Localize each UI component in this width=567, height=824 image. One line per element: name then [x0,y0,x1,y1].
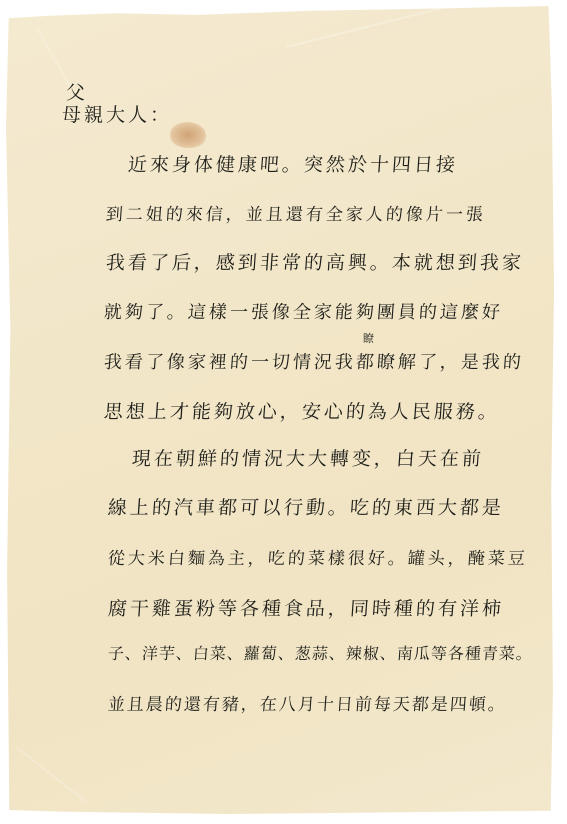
paper-fold-crease [15,746,87,803]
letter-line: 思想上才能夠放心，安心的為人民服務。 [103,397,501,424]
letter-line: 從大米白麵為主，吃的菜樣很好。罐头，醃菜豆 [107,544,529,569]
salutation-parents: 母親大人： [62,100,172,127]
letter-line: 近來身体健康吧。突然於十四日接 [127,150,459,177]
letter-line: 並且晨的還有豬，在八月十日前每天都是四頓。 [107,690,508,715]
letter-line: 子、洋芋、白菜、蘿蔔、葱蒜、辣椒、南瓜等各種青菜。 [107,641,534,664]
letter-line: 現在朝鮮的情況大大轉变，白天在前 [131,444,485,471]
paper-fold-crease [286,0,539,48]
letter-line: 就夠了。這樣一張像全家能夠團員的這麼好 [103,298,504,324]
brown-stain [170,122,206,148]
letter-line: 線上的汽車都可以行動。吃的東西大都是 [107,493,505,520]
letter-line: 腐干雞蛋粉等各種食品，同時種的有洋柿 [107,594,505,621]
letter-line: 我看了后，感到非常的高興。本就想到我家 [105,248,525,275]
insertion-mark: 瞭 [363,330,374,346]
letter-line: 我看了像家裡的一切情況我都瞭解了，是我的 [103,348,525,374]
letter-line: 到二姐的來信，並且還有全家人的像片一張 [105,200,487,225]
